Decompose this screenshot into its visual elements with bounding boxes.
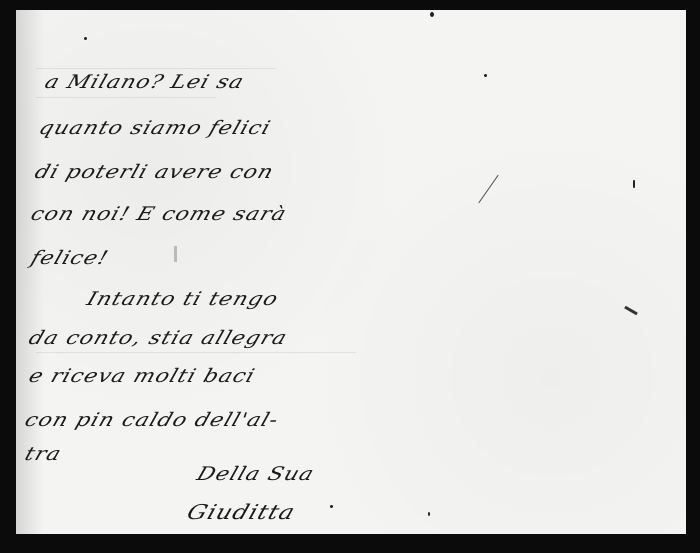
letter-line-2: quanto siamo felici — [36, 118, 274, 139]
ink-mark — [633, 180, 635, 188]
paper-blemish — [174, 246, 177, 262]
letter-line-9: con pin caldo dell'al- — [22, 410, 282, 431]
pen-scratch — [478, 175, 498, 203]
ink-speck — [330, 505, 333, 508]
letter-line-7: da conto, stia allegra — [26, 328, 290, 349]
letter-page: a Milano? Lei sa quanto siamo felici di … — [16, 10, 686, 534]
letter-line-10: tra — [22, 444, 64, 465]
letter-closing: Della Sua — [194, 464, 317, 485]
letter-line-1: a Milano? Lei sa — [42, 72, 247, 93]
ink-speck — [430, 12, 434, 17]
ink-speck — [428, 512, 430, 516]
letter-line-8: e riceva molti baci — [26, 366, 258, 387]
letter-signature: Giuditta — [184, 500, 299, 524]
letter-line-5: felice! — [28, 248, 111, 269]
ink-speck — [484, 74, 487, 77]
paper-rule — [36, 352, 356, 353]
letter-line-4: con noi! E come sarà — [28, 204, 289, 225]
ink-blot — [624, 306, 638, 316]
letter-line-3: di poterli avere con — [32, 162, 277, 183]
paper-rule — [36, 97, 216, 98]
ink-speck — [84, 37, 87, 40]
paper-rule — [36, 68, 276, 69]
letter-line-6: Intanto ti tengo — [84, 289, 281, 310]
